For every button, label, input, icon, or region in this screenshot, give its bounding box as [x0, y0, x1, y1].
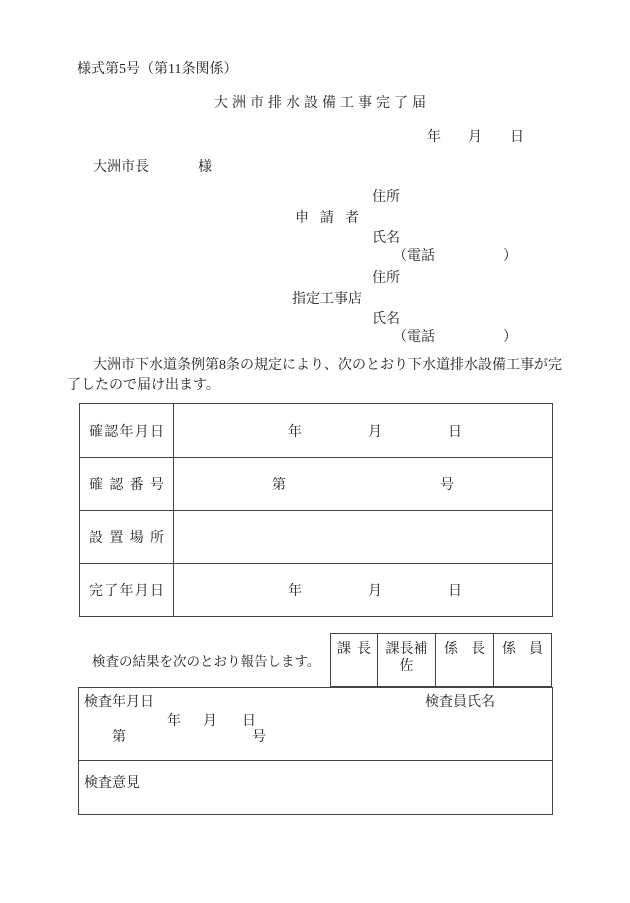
inspection-date-label: 検査年月日 [84, 691, 154, 711]
main-table: 確認年月日 年 月 日 確認番号 第 号 設置場所 完了年 [79, 403, 553, 617]
number-prefix-label: 第 [112, 726, 126, 746]
contractor-role-label: 指定工事店 [292, 292, 362, 309]
inspection-report-text: 検査の結果を次のとおり報告します。 [92, 654, 320, 670]
approval-cell-section-chief: 課長 [331, 634, 377, 686]
completion-date-value-cell: 年 月 日 [174, 564, 552, 616]
applicant-address-label: 住所 [372, 190, 400, 207]
contractor-address-label: 住所 [372, 271, 400, 288]
installation-site-label: 設置場所 [89, 527, 164, 547]
header-date-day-label: 日 [510, 130, 524, 147]
contractor-phone-close: ） [503, 330, 517, 347]
approval-stamp-table: 課長 課長補佐 係長 係員 [330, 633, 552, 687]
year-label: 年 [167, 710, 181, 730]
page-title: 大洲市排水設備工事完了届 [214, 96, 430, 113]
row-label-cell: 完了年月日 [80, 564, 174, 616]
header-date-month-label: 月 [468, 130, 482, 147]
number-prefix-label: 第 [272, 474, 286, 494]
contractor-name-label: 氏名 [372, 312, 400, 329]
form-number: 様式第5号（第11条関係） [77, 62, 237, 79]
applicant-name-label: 氏名 [372, 231, 400, 248]
month-label: 月 [203, 710, 217, 730]
inspection-opinion-label: 検査意見 [84, 772, 140, 792]
confirmation-date-value-cell: 年 月 日 [174, 404, 552, 457]
number-suffix-label: 号 [440, 474, 454, 494]
row-label-cell: 確認年月日 [80, 404, 174, 457]
approval-cell-staff: 係員 [493, 634, 551, 686]
number-suffix-label: 号 [252, 726, 266, 746]
inspection-date-cell: 検査年月日 検査員氏名 年 月 日 第 号 [79, 688, 552, 761]
inspection-opinion-cell: 検査意見 [79, 761, 552, 815]
confirmation-date-label: 確認年月日 [89, 421, 164, 441]
applicant-role-label: 申請者 [295, 211, 359, 228]
year-label: 年 [288, 580, 302, 600]
staff-label: 係員 [502, 641, 543, 658]
contractor-phone-open: （電話 [393, 330, 435, 347]
applicant-phone-close: ） [503, 249, 517, 266]
form-page: 様式第5号（第11条関係） 大洲市排水設備工事完了届 年 月 日 大洲市長 様 … [0, 0, 630, 903]
inspector-name-label: 検査員氏名 [425, 691, 495, 711]
table-row-completion-date: 完了年月日 年 月 日 [80, 563, 552, 616]
inspection-result-box: 検査年月日 検査員氏名 年 月 日 第 号 検査意見 [78, 687, 553, 815]
row-label-cell: 設置場所 [80, 511, 174, 563]
year-label: 年 [288, 421, 302, 441]
day-label: 日 [448, 580, 462, 600]
confirmation-number-value-cell: 第 号 [174, 458, 552, 510]
header-date-year-label: 年 [427, 130, 441, 147]
approval-cell-deputy-chief: 課長補佐 [377, 634, 435, 686]
table-row-confirmation-date: 確認年月日 年 月 日 [80, 404, 552, 457]
completion-date-label: 完了年月日 [89, 580, 164, 600]
unit-chief-label: 係長 [444, 641, 485, 658]
body-paragraph: 大洲市下水道条例第8条の規定により、次のとおり下水道排水設備工事が完了したので届… [67, 356, 570, 396]
month-label: 月 [368, 421, 382, 441]
section-chief-label: 課長 [337, 641, 371, 658]
approval-cell-unit-chief: 係長 [435, 634, 493, 686]
confirmation-number-label: 確認番号 [89, 474, 164, 494]
table-row-confirmation-number: 確認番号 第 号 [80, 457, 552, 510]
addressee-name: 大洲市長 [93, 160, 149, 177]
table-row-installation-site: 設置場所 [80, 510, 552, 563]
addressee-honorific: 様 [198, 160, 212, 177]
applicant-phone-open: （電話 [393, 249, 435, 266]
deputy-chief-label: 課長補佐 [386, 642, 428, 674]
installation-site-value-cell [174, 511, 552, 563]
row-label-cell: 確認番号 [80, 458, 174, 510]
day-label: 日 [448, 421, 462, 441]
month-label: 月 [368, 580, 382, 600]
